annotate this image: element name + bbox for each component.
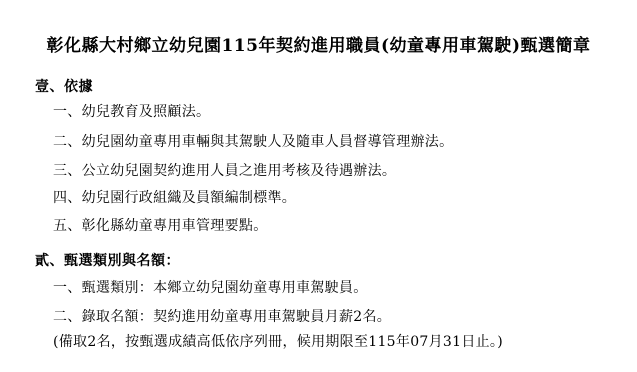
section-heading-category-quota: 貳、甄選類別與名額： (35, 250, 180, 270)
note-item: (備取2名，按甄選成績高低依序列冊，候用期限至115年07月31日止。) (53, 331, 503, 351)
list-item: 一、幼兒教育及照顧法。 (53, 101, 210, 121)
list-item: 一、甄選類別：本鄉立幼兒園幼童專用車駕駛員。 (53, 277, 368, 297)
section-heading-basis: 壹、依據 (35, 76, 93, 96)
list-item: 二、幼兒園幼童專用車輛與其駕駛人及隨車人員督導管理辦法。 (53, 131, 453, 151)
list-item: 二、錄取名額：契約進用幼童專用車駕駛員月薪2名。 (53, 306, 391, 326)
list-item: 五、彰化縣幼童專用車管理要點。 (53, 215, 268, 235)
list-item: 三、公立幼兒園契約進用人員之進用考核及待遇辦法。 (53, 160, 396, 180)
document-title: 彰化縣大村鄉立幼兒園115年契約進用職員(幼童專用車駕駛)甄選簡章 (0, 31, 637, 56)
document-page: 彰化縣大村鄉立幼兒園115年契約進用職員(幼童專用車駕駛)甄選簡章 壹、依據 一… (0, 0, 637, 372)
list-item: 四、幼兒園行政組織及員額編制標準。 (53, 187, 296, 207)
